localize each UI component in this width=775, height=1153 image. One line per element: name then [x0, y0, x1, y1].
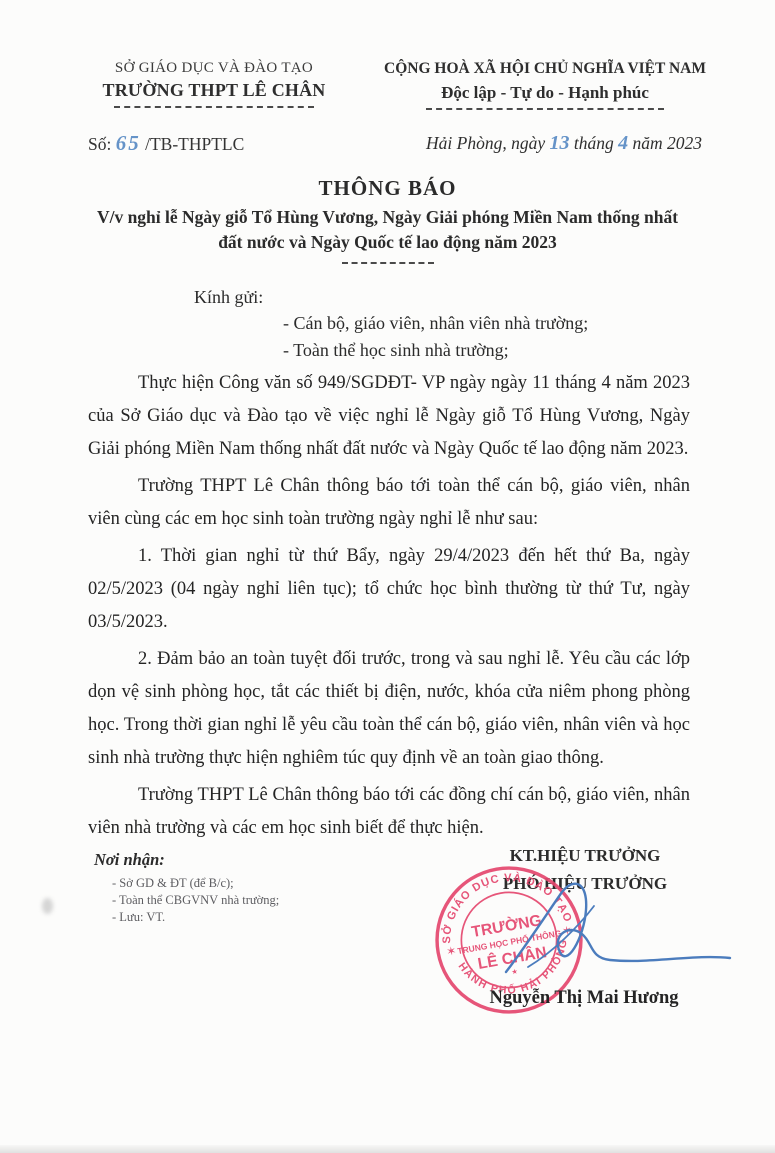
national-motto: Độc lập - Tự do - Hạnh phúc — [370, 83, 720, 103]
title-block: THÔNG BÁO V/v nghỉ lễ Ngày giỗ Tổ Hùng V… — [0, 176, 775, 264]
handwritten-signature-icon — [498, 872, 738, 992]
document-subject-line1: V/v nghỉ lễ Ngày giỗ Tổ Hùng Vương, Ngày… — [0, 205, 775, 230]
salutation-recipient: - Toàn thể học sinh nhà trường; — [283, 337, 588, 364]
dateline-day-handwritten: 13 — [549, 132, 569, 154]
signer-name: Nguyễn Thị Mai Hương — [436, 988, 732, 1009]
salutation-recipients: - Cán bộ, giáo viên, nhân viên nhà trườn… — [283, 310, 588, 364]
scan-bottom-edge — [0, 1145, 775, 1153]
dateline-month-word: tháng — [574, 133, 614, 153]
issuing-agency-block: SỞ GIÁO DỤC VÀ ĐÀO TẠO TRƯỜNG THPT LÊ CH… — [84, 60, 344, 108]
title-underline — [342, 262, 434, 264]
recipients-label: Nơi nhận: — [94, 850, 165, 870]
recipients-list: - Sở GD & ĐT (để B/c); - Toàn thể CBGVNV… — [112, 875, 279, 926]
salutation-recipient: - Cán bộ, giáo viên, nhân viên nhà trườn… — [283, 310, 588, 337]
body-paragraph: Thực hiện Công văn số 949/SGDĐT- VP ngày… — [88, 367, 690, 466]
national-header-block: CỘNG HOÀ XÃ HỘI CHỦ NGHĨA VIỆT NAM Độc l… — [370, 60, 720, 110]
body-paragraph: Trường THPT Lê Chân thông báo tới toàn t… — [88, 470, 690, 536]
national-motto-underline — [426, 108, 664, 110]
document-title: THÔNG BÁO — [0, 176, 775, 201]
document-number-line: Số: 65 /TB-THPTLC — [88, 131, 244, 156]
place-date-line: Hải Phòng, ngày 13 tháng 4 năm 2023 — [426, 132, 726, 155]
recipients-item: - Sở GD & ĐT (để B/c); — [112, 875, 279, 892]
document-number-label: Số: — [88, 134, 111, 154]
dateline-place: Hải Phòng, ngày — [426, 133, 545, 153]
body-paragraph: 1. Thời gian nghỉ từ thứ Bẩy, ngày 29/4/… — [88, 540, 690, 639]
school-name-underline — [114, 106, 314, 108]
scanned-document-page: SỞ GIÁO DỤC VÀ ĐÀO TẠO TRƯỜNG THPT LÊ CH… — [0, 0, 775, 1153]
dateline-year: năm 2023 — [632, 133, 702, 153]
recipients-item: - Toàn thể CBGVNV nhà trường; — [112, 892, 279, 909]
scan-smudge-artifact — [42, 898, 53, 914]
body-paragraph: Trường THPT Lê Chân thông báo tới các đồ… — [88, 779, 690, 845]
national-name: CỘNG HOÀ XÃ HỘI CHỦ NGHĨA VIỆT NAM — [370, 60, 720, 78]
document-number-handwritten: 65 — [116, 131, 141, 155]
document-subject-line2: đất nước và Ngày Quốc tế lao động năm 20… — [0, 230, 775, 255]
body-paragraph: 2. Đảm bảo an toàn tuyệt đối trước, tron… — [88, 643, 690, 775]
signer-title-primary: KT.HIỆU TRƯỞNG — [452, 846, 718, 866]
document-body: Thực hiện Công văn số 949/SGDĐT- VP ngày… — [88, 367, 690, 849]
issuing-agency-name: SỞ GIÁO DỤC VÀ ĐÀO TẠO — [84, 60, 344, 77]
school-name: TRƯỜNG THPT LÊ CHÂN — [84, 80, 344, 101]
document-number-suffix: /TB-THPTLC — [145, 134, 244, 154]
dateline-month-handwritten: 4 — [618, 132, 628, 154]
salutation-label: Kính gửi: — [194, 287, 263, 308]
recipients-item: - Lưu: VT. — [112, 909, 279, 926]
